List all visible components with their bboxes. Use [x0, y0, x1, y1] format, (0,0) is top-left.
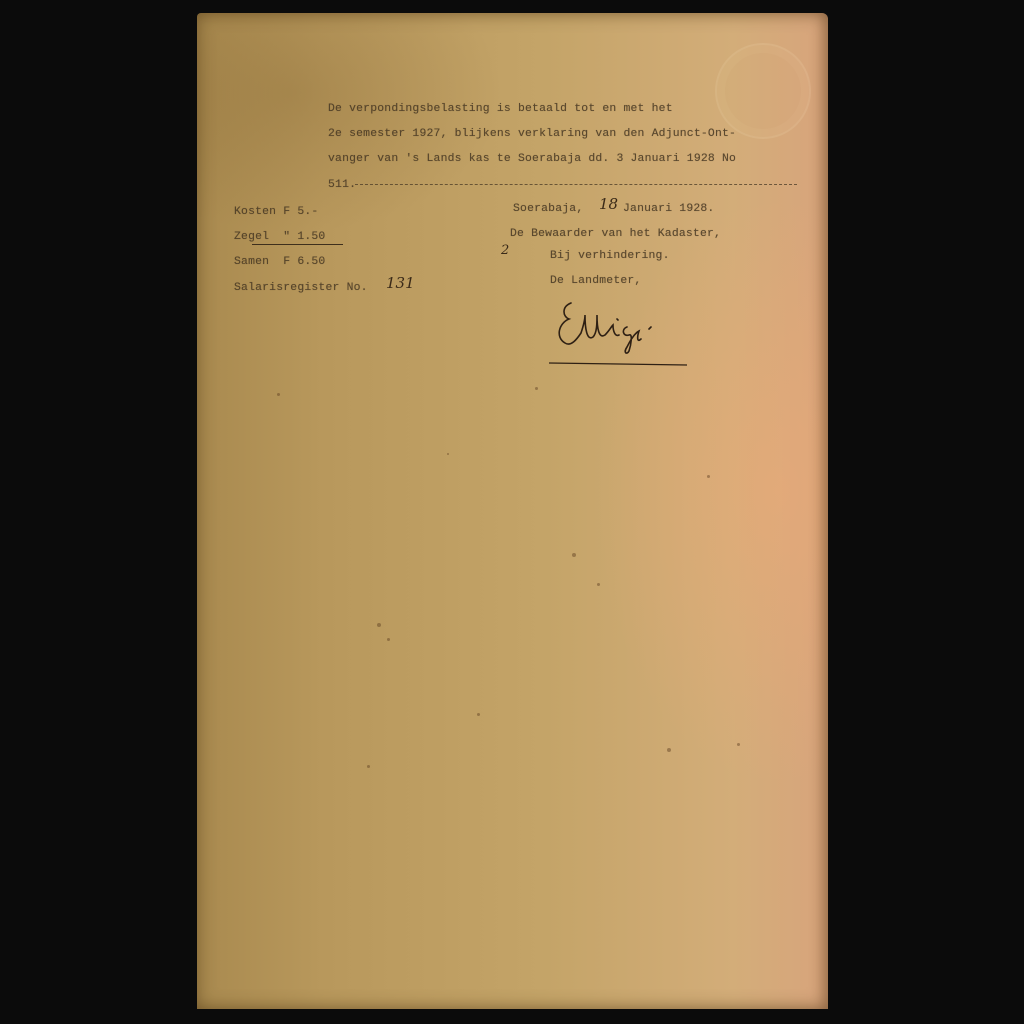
paragraph-line-3: vanger van 's Lands kas te Soerabaja dd.… [328, 153, 736, 165]
date-month-year: Januari 1928. [623, 203, 714, 215]
handwritten-signature [541, 293, 691, 373]
foxing-spot [387, 638, 390, 641]
fee-zegel: Zegel " 1.50 [234, 231, 325, 243]
date-place: Soerabaja, [513, 203, 583, 215]
signature-line-1: De Bewaarder van het Kadaster, [510, 228, 721, 240]
marginal-mark: 2 [501, 243, 509, 258]
paragraph-line-4: 511. [328, 179, 356, 191]
embossed-seal [715, 43, 811, 139]
salarisregister-number: 131 [386, 274, 415, 292]
paragraph-line-1: De verpondingsbelasting is betaald tot e… [328, 103, 673, 115]
signature-line-3: De Landmeter, [550, 275, 641, 287]
date-day-handwritten: 18 [599, 195, 618, 213]
signature-line-2: Bij verhindering. [550, 250, 670, 262]
fee-samen: Samen F 6.50 [234, 256, 325, 268]
foxing-spot [597, 583, 600, 586]
foxing-spot [707, 475, 710, 478]
zegel-underline [252, 244, 343, 245]
foxing-spot [737, 743, 740, 746]
document-page: De verpondingsbelasting is betaald tot e… [197, 13, 828, 1009]
foxing-spot [367, 765, 370, 768]
foxing-spot [572, 553, 576, 557]
foxing-spot [377, 623, 381, 627]
paragraph-line-2: 2e semester 1927, blijkens verklaring va… [328, 128, 736, 140]
foxing-spot [535, 387, 538, 390]
fee-kosten: Kosten F 5.- [234, 206, 318, 218]
foxing-spot [447, 453, 449, 455]
salarisregister-label: Salarisregister No. [234, 282, 368, 294]
foxing-spot [477, 713, 480, 716]
foxing-spot [667, 748, 671, 752]
dashed-rule [355, 184, 797, 185]
foxing-spot [277, 393, 280, 396]
